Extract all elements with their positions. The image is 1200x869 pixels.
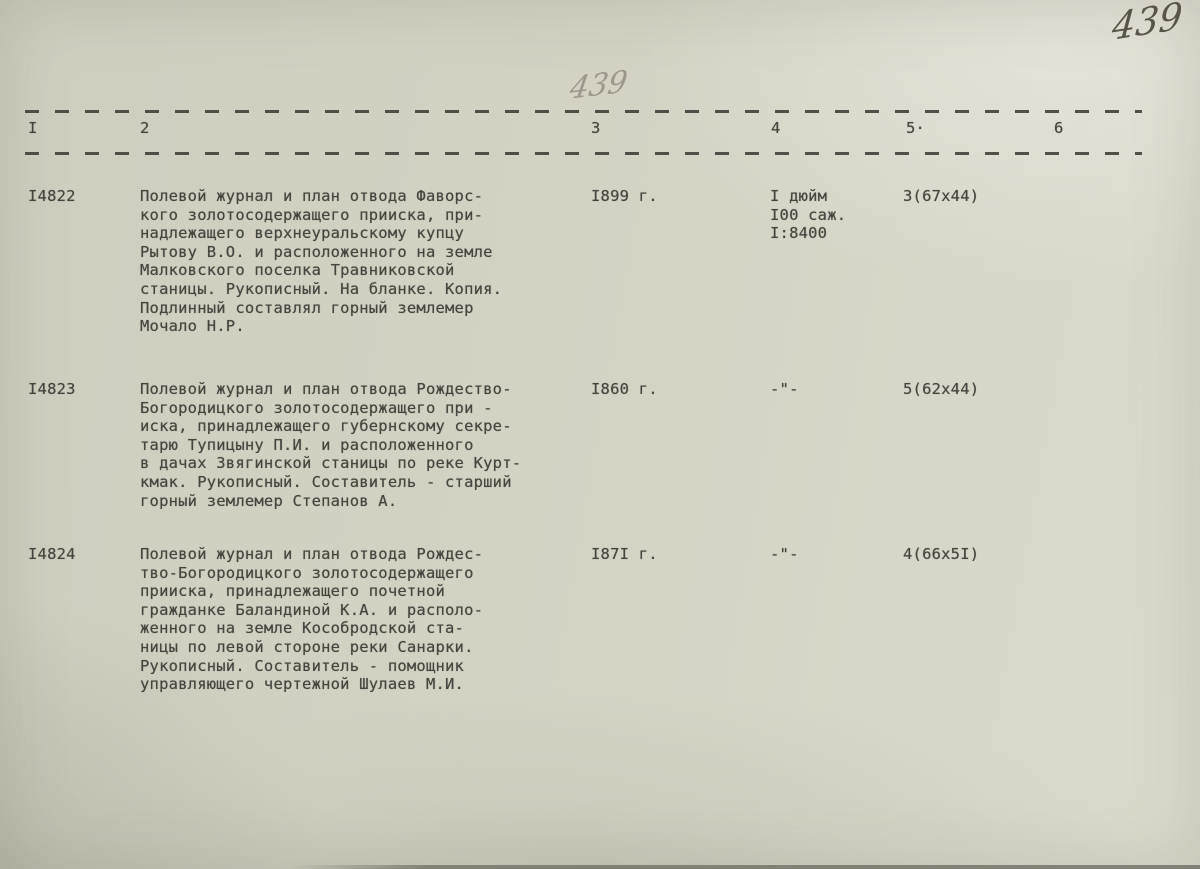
entry-description: Полевой журнал и план отвода Рождес- тво… [140,545,610,694]
entry-sheets: 4(66х5I) [903,545,979,564]
handwritten-page-number-center: 439 [567,64,630,107]
column-header-2: 2 [140,119,150,138]
column-header-3: 3 [591,119,601,138]
entry-scale-ditto: -"- [770,380,799,399]
scanned-document-page: 439 439 I 2 3 4 5· 6 I4822 Полевой журна… [0,0,1200,869]
entry-sheets: 5(62х44) [903,380,979,399]
entry-scale-ditto: -"- [770,545,799,564]
entry-number: I4822 [28,187,76,206]
entry-date: I860 г. [591,380,658,399]
handwritten-page-number-top: 439 [1111,0,1185,49]
entry-number: I4823 [28,380,76,399]
entry-date: I87I г. [591,545,658,564]
entry-sheets: 3(67х44) [903,187,979,206]
entry-scale: I дюйм I00 саж. I:8400 [770,187,846,243]
column-header-6: 6 [1054,119,1064,138]
column-header-1: I [28,119,38,138]
dashed-rule-top [25,110,1142,113]
entry-description: Полевой журнал и план отвода Рождество- … [140,380,610,510]
dashed-rule-bottom [25,152,1142,155]
entry-number: I4824 [28,545,76,564]
scan-edge-shadow [290,865,1200,869]
entry-date: I899 г. [591,187,658,206]
entry-description: Полевой журнал и план отвода Фаворс- ког… [140,187,610,336]
column-header-4: 4 [771,119,781,138]
column-header-5: 5· [906,119,925,138]
